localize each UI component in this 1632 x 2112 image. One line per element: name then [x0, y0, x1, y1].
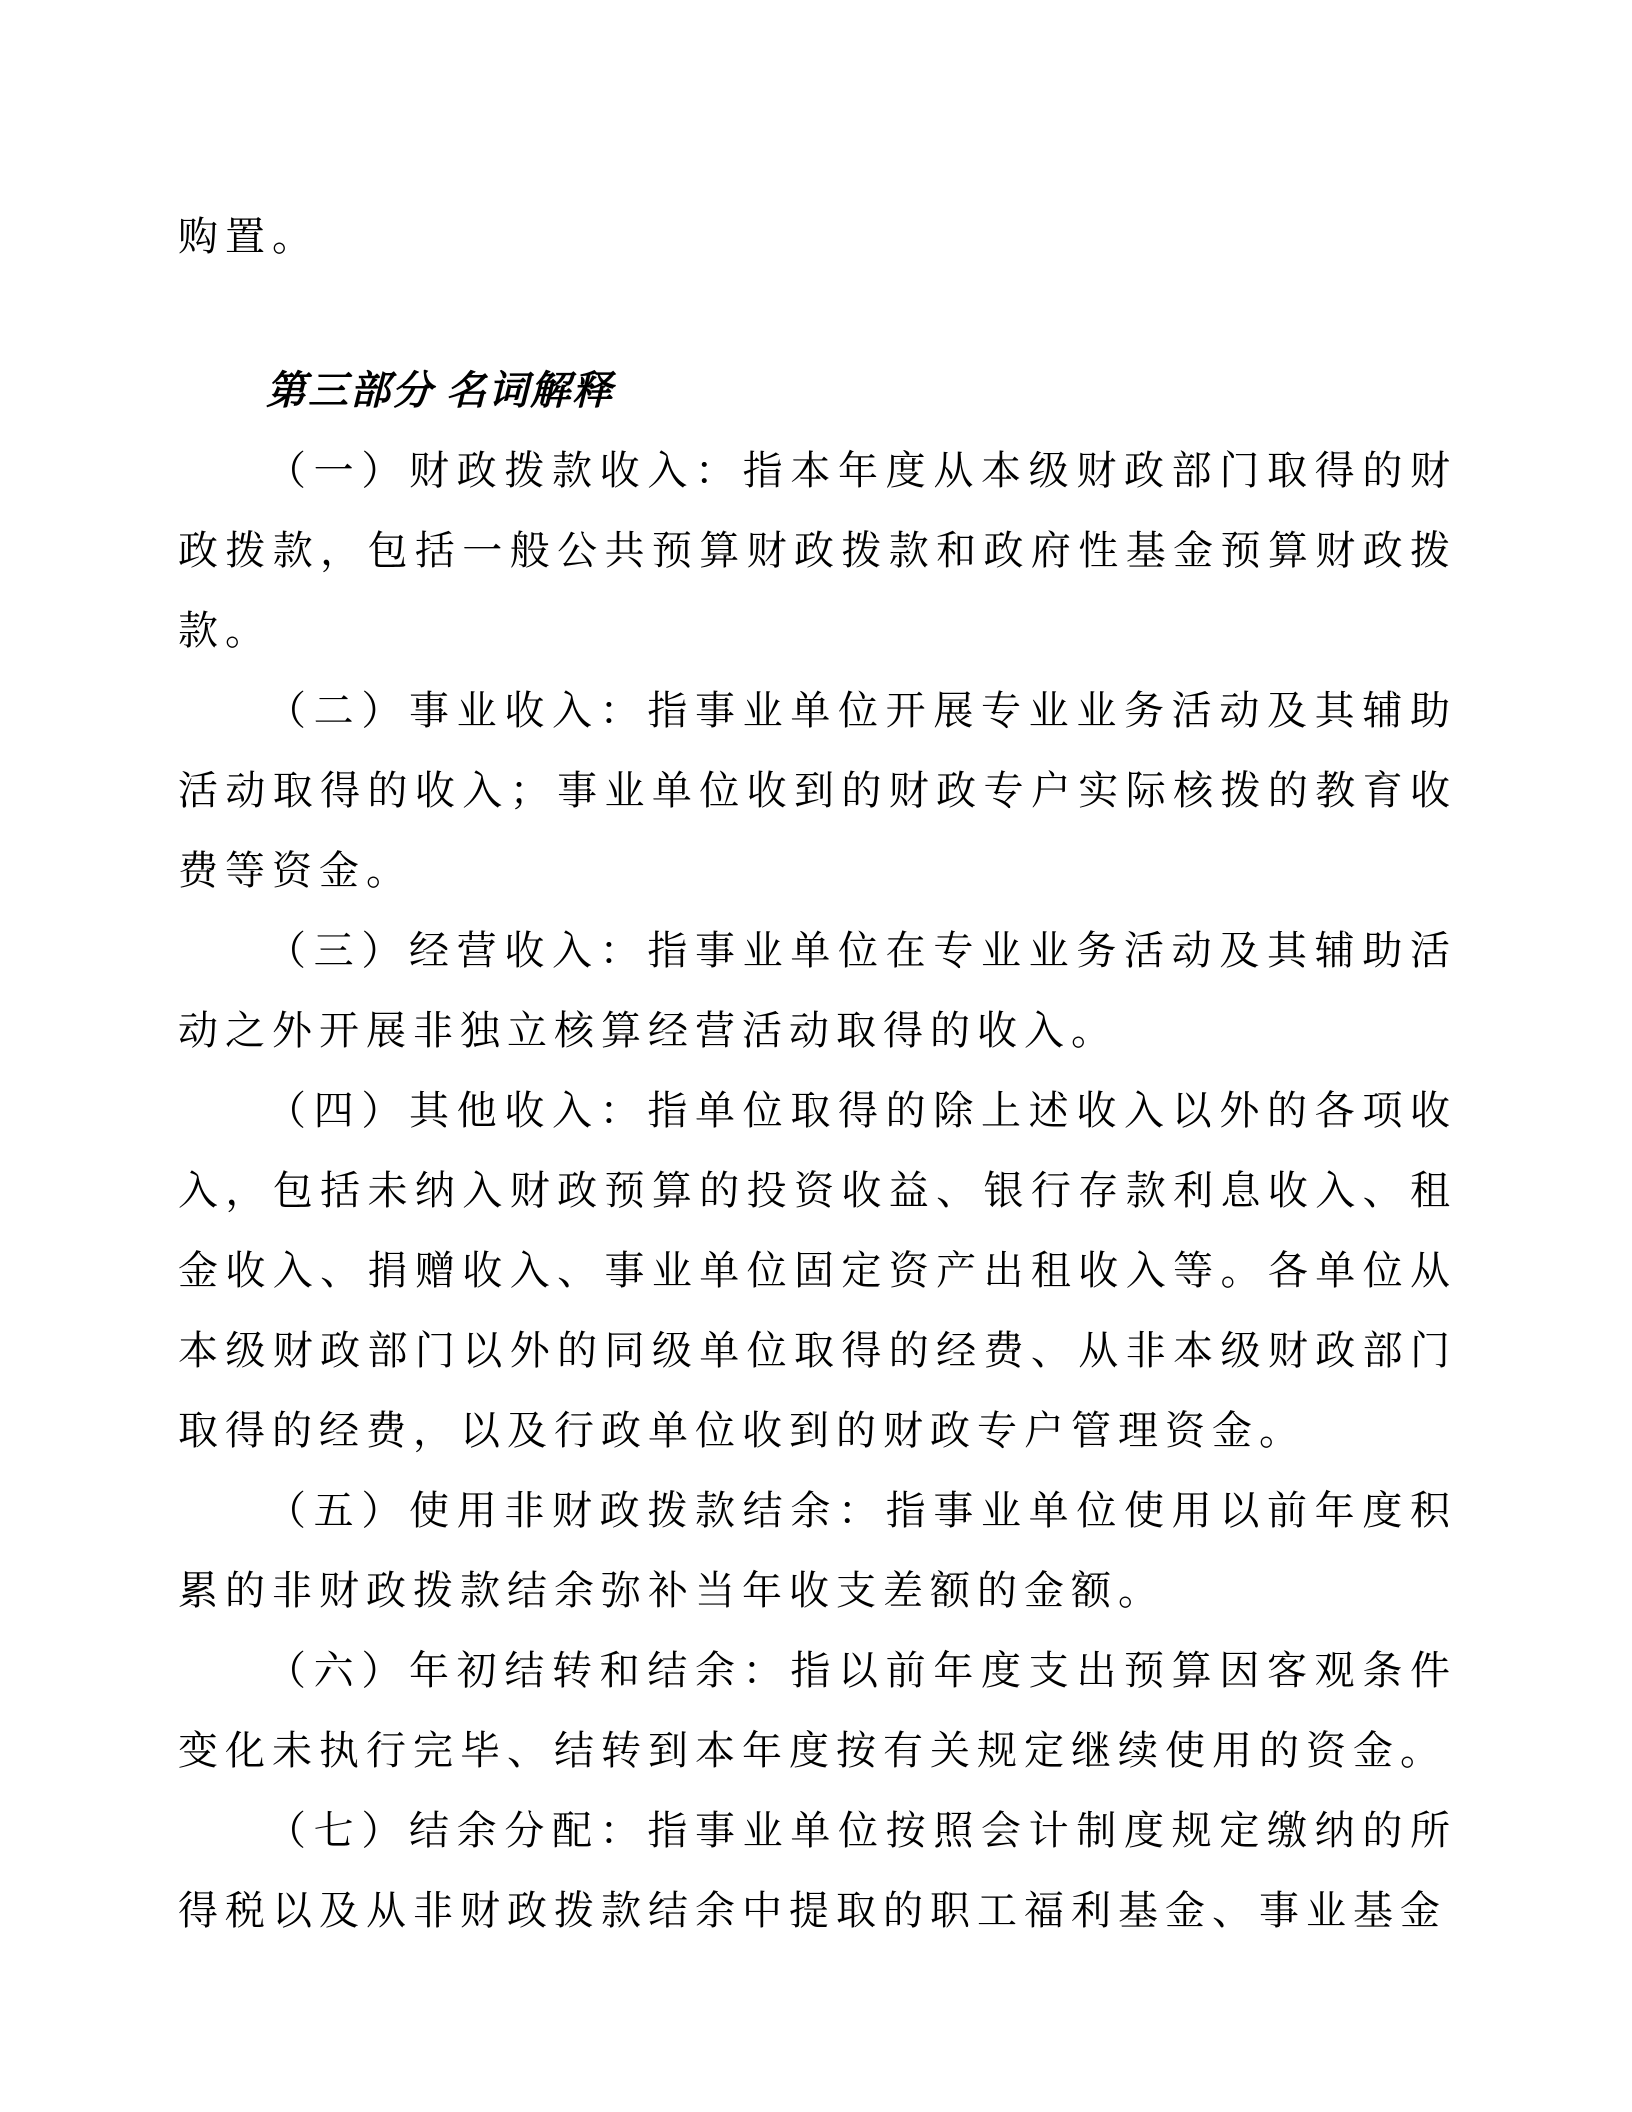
document-body: 购置。 第三部分 名词解释 （一）财政拨款收入：指本年度从本级财政部门取得的财政…	[178, 197, 1457, 1951]
definition-paragraph-6: （六）年初结转和结余：指以前年度支出预算因客观条件变化未执行完毕、结转到本年度按…	[178, 1631, 1457, 1791]
definition-paragraph-7: （七）结余分配：指事业单位按照会计制度规定缴纳的所得税以及从非财政拨款结余中提取…	[178, 1791, 1457, 1951]
definition-paragraph-2: （二）事业收入：指事业单位开展专业业务活动及其辅助活动取得的收入；事业单位收到的…	[178, 671, 1457, 911]
definition-paragraph-5: （五）使用非财政拨款结余：指事业单位使用以前年度积累的非财政拨款结余弥补当年收支…	[178, 1471, 1457, 1631]
definition-paragraph-1: （一）财政拨款收入：指本年度从本级财政部门取得的财政拨款，包括一般公共预算财政拨…	[178, 431, 1457, 671]
definition-paragraph-4: （四）其他收入：指单位取得的除上述收入以外的各项收入，包括未纳入财政预算的投资收…	[178, 1071, 1457, 1471]
section-heading: 第三部分 名词解释	[178, 351, 1457, 431]
definition-paragraph-3: （三）经营收入：指事业单位在专业业务活动及其辅助活动之外开展非独立核算经营活动取…	[178, 911, 1457, 1071]
document-page: 购置。 第三部分 名词解释 （一）财政拨款收入：指本年度从本级财政部门取得的财政…	[0, 0, 1632, 2112]
paragraph-continuation: 购置。	[178, 197, 1457, 277]
